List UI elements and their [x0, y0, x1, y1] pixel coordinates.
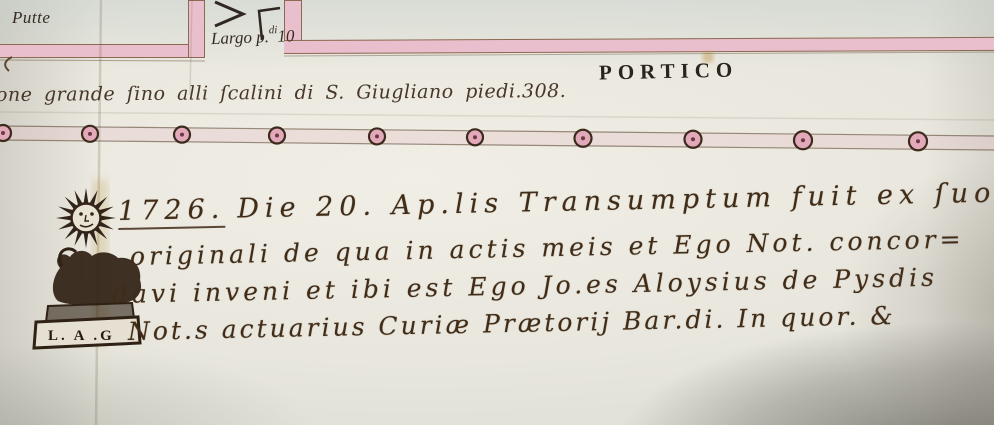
- lion-tail: [60, 249, 76, 266]
- sun-mouth: [80, 224, 93, 227]
- colonnade-line-bottom: [0, 140, 994, 150]
- plinth-initials: L. A .G: [48, 328, 115, 344]
- sun-ray: [65, 197, 77, 209]
- door-width-label-sup: di: [269, 24, 278, 36]
- sun-face-emblem: [56, 188, 116, 248]
- column-marker: [575, 130, 592, 147]
- column-center-dot: [1, 131, 5, 135]
- sun-ray: [89, 231, 97, 246]
- door-width-label-num: 10: [277, 26, 295, 46]
- sun-ray: [84, 233, 89, 248]
- portico-heading: PORTICO: [599, 58, 739, 86]
- column-marker: [369, 128, 385, 144]
- sun-eye-right: [90, 212, 94, 216]
- column-marker: [0, 125, 11, 141]
- column-marker: [794, 131, 812, 149]
- column-marker: [685, 131, 702, 148]
- column-marker: [467, 129, 483, 145]
- scratch-line: [0, 112, 994, 120]
- sun-ray: [58, 207, 73, 215]
- column-center-dot: [375, 134, 379, 138]
- sun-ray: [58, 221, 73, 229]
- sun-eye-left: [79, 212, 83, 216]
- sun-ray: [65, 227, 77, 239]
- sun-nose: [85, 215, 89, 221]
- column-center-dot: [691, 137, 695, 141]
- sun-ray: [84, 188, 89, 203]
- wall-pier-left: [188, 0, 205, 58]
- column-markers: [0, 125, 927, 150]
- sun-ray: [75, 231, 83, 246]
- note-line-1: 1726.Die 20. Ap.lis Transumptum fuit ex …: [118, 178, 994, 227]
- column-center-dot: [88, 132, 92, 136]
- column-center-dot: [180, 133, 184, 137]
- colonnade-band: [0, 126, 994, 150]
- note-year: 1726.: [118, 194, 226, 230]
- sun-ray: [99, 207, 114, 215]
- note-line-4: Not.s actuarius Curiæ Prætorij Bar.di. I…: [128, 301, 896, 346]
- column-center-dot: [473, 135, 477, 139]
- wall-band-left: [0, 44, 205, 58]
- room-label: Putte: [12, 8, 50, 28]
- wall-edge-line-left: [0, 60, 205, 61]
- column-center-dot: [801, 138, 805, 142]
- sun-ray: [89, 190, 97, 205]
- measure-caption: one grande ſino alli ſcalini di S. Giugl…: [0, 80, 566, 106]
- column-center-dot: [275, 134, 279, 138]
- plinth-base: [34, 317, 140, 348]
- manuscript-sheet: L. A .G Putte Largo p.di10 PORTICO one g…: [0, 0, 994, 425]
- column-marker: [82, 126, 98, 142]
- column-marker: [269, 128, 285, 144]
- sun-ray: [99, 221, 114, 229]
- fold-line: [96, 0, 101, 425]
- sun-ray: [95, 227, 107, 239]
- door-width-label-pre: Largo p.: [211, 27, 270, 48]
- fold-stain: [92, 180, 108, 345]
- colonnade-line-top: [0, 126, 994, 136]
- chevron-mark: [215, 2, 243, 26]
- column-center-dot: [916, 139, 920, 143]
- sun-ray: [101, 216, 116, 221]
- sun-ray: [56, 216, 71, 221]
- wall-band-right: [284, 37, 994, 54]
- column-center-dot: [581, 136, 585, 140]
- column-marker: [909, 132, 927, 150]
- note-line-1-text: Die 20. Ap.lis Transumptum fuit ex ſuo: [237, 178, 994, 225]
- margin-curve: [5, 57, 12, 71]
- door-width-label: Largo p.di10: [211, 26, 295, 50]
- sun-ray: [95, 197, 107, 209]
- sun-ray: [75, 190, 83, 205]
- column-marker: [174, 127, 190, 143]
